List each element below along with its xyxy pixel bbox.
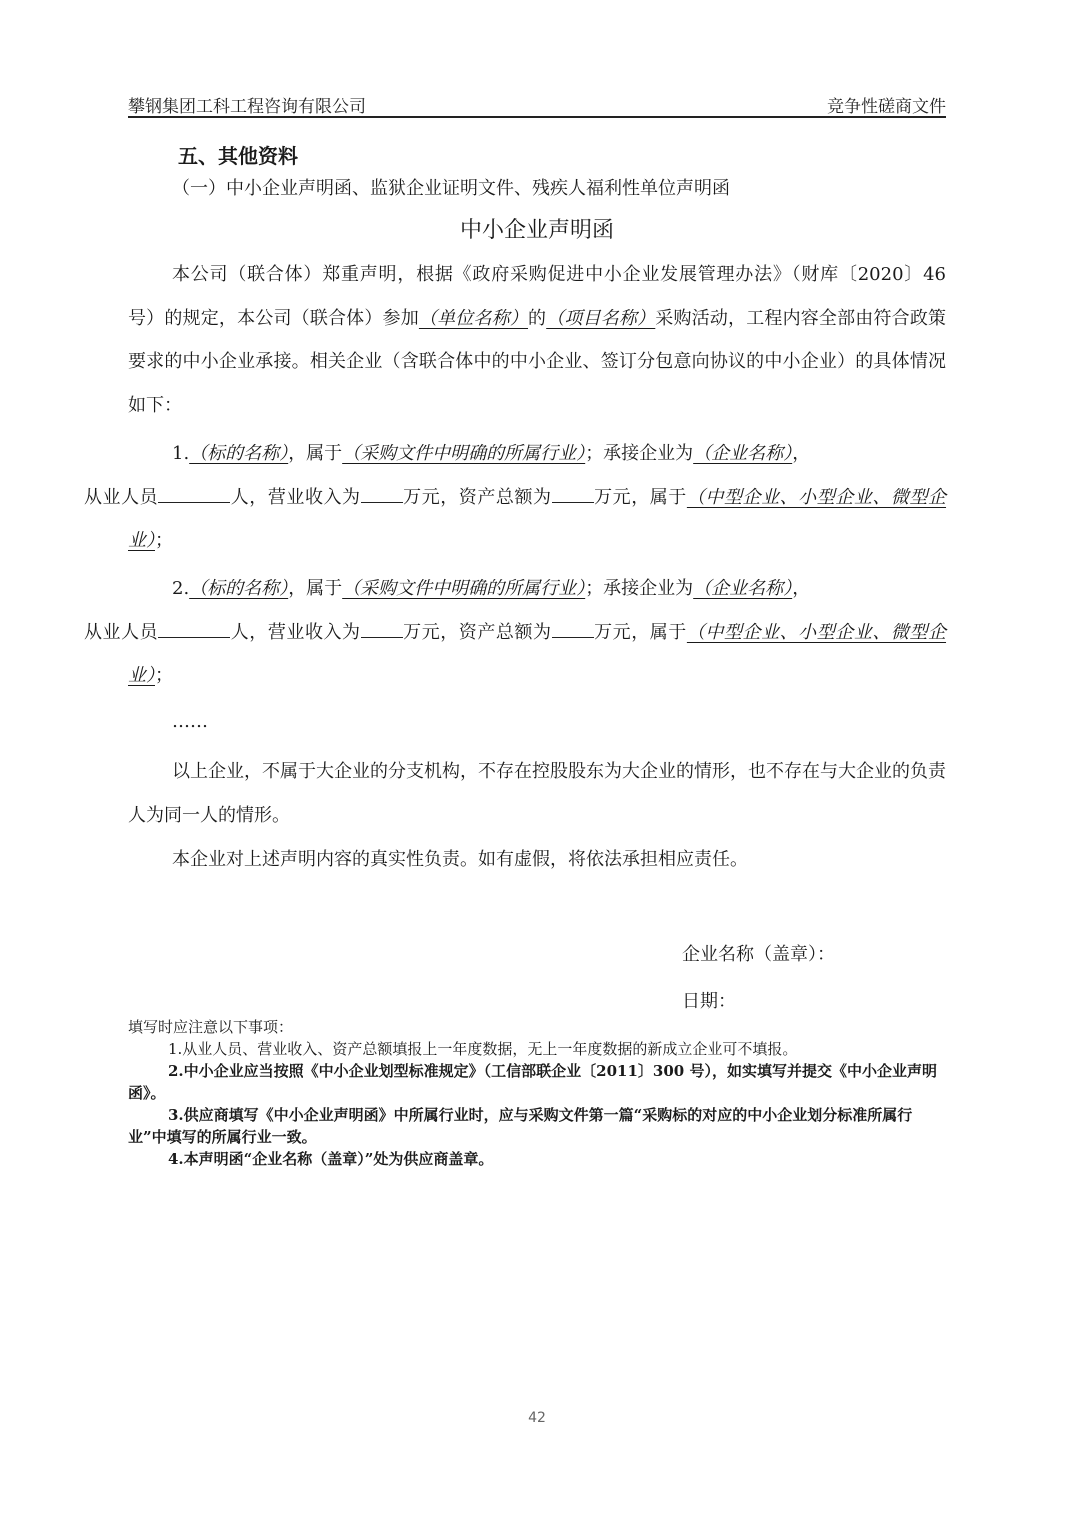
signature-company-label: 企业名称（盖章）： [682, 940, 835, 966]
item-number: 2. [172, 578, 189, 599]
project-name-field[interactable]: （项目名称） [546, 308, 655, 329]
label-revenue: 人，营业收入为 [230, 487, 360, 508]
statement-responsibility: 本企业对上述声明内容的真实性负责。如有虚假，将依法承担相应责任。 [128, 838, 946, 882]
unit-name-field[interactable]: （单位名称） [419, 308, 528, 329]
letter-title: 中小企业声明函 [0, 213, 1074, 244]
target-name-field[interactable]: （标的名称） [189, 443, 288, 464]
assets-field[interactable] [552, 619, 594, 638]
label-size: 万元，属于 [594, 622, 687, 643]
intro-of: 的 [528, 308, 546, 329]
signature-date-label: 日期： [682, 987, 736, 1013]
label-size: 万元，属于 [594, 487, 687, 508]
label-belongs: ，属于 [288, 578, 342, 599]
list-item-1: 1.（标的名称），属于（采购文件中明确的所属行业）；承接企业为（企业名称），从业… [128, 432, 946, 563]
industry-field[interactable]: （采购文件中明确的所属行业） [342, 443, 585, 464]
intro-paragraph: 本公司（联合体）郑重声明，根据《政府采购促进中小企业发展管理办法》（财库〔202… [128, 253, 946, 427]
label-revenue: 人，营业收入为 [230, 622, 360, 643]
notes-title: 填写时应注意以下事项： [128, 1016, 946, 1038]
note-item-1: 1.从业人员、营业收入、资产总额填报上一年度数据，无上一年度数据的新成立企业可不… [128, 1038, 946, 1060]
section-subheading: （一）中小企业声明函、监狱企业证明文件、残疾人福利性单位声明函 [172, 174, 730, 200]
page-number: 42 [0, 1410, 1074, 1426]
ellipsis: …… [128, 700, 946, 744]
label-belongs: ，属于 [288, 443, 342, 464]
label-contractor: ；承接企业为 [585, 443, 693, 464]
punct: ， [792, 578, 810, 599]
company-name-field[interactable]: （企业名称） [693, 443, 792, 464]
note-item-4: 4.本声明函“企业名称（盖章）”处为供应商盖章。 [128, 1148, 946, 1170]
header-company: 攀钢集团工科工程咨询有限公司 [128, 92, 366, 117]
item-number: 1. [172, 443, 189, 464]
revenue-field[interactable] [361, 619, 403, 638]
label-staff: 从业人员 [84, 487, 158, 508]
header-divider [128, 116, 946, 118]
notes-section: 填写时应注意以下事项： 1.从业人员、营业收入、资产总额填报上一年度数据，无上一… [128, 1016, 946, 1170]
assets-field[interactable] [552, 484, 594, 503]
staff-count-field[interactable] [158, 484, 230, 503]
label-staff: 从业人员 [84, 622, 158, 643]
list-item-2: 2.（标的名称），属于（采购文件中明确的所属行业）；承接企业为（企业名称），从业… [128, 567, 946, 698]
note-item-2: 2.中小企业应当按照《中小企业划型标准规定》（工信部联企业〔2011〕300 号… [128, 1060, 946, 1104]
note-item-3: 3.供应商填写《中小企业声明函》中所属行业时，应与采购文件第一篇“采购标的对应的… [128, 1104, 946, 1148]
label-assets: 万元，资产总额为 [403, 622, 552, 643]
header-doc-type: 竞争性磋商文件 [827, 92, 946, 117]
label-assets: 万元，资产总额为 [403, 487, 552, 508]
punct: ； [155, 530, 173, 551]
punct: ， [792, 443, 810, 464]
staff-count-field[interactable] [158, 619, 230, 638]
company-name-field[interactable]: （企业名称） [693, 578, 792, 599]
statement-no-large-enterprise: 以上企业，不属于大企业的分支机构，不存在控股股东为大企业的情形，也不存在与大企业… [128, 750, 946, 837]
revenue-field[interactable] [361, 484, 403, 503]
label-contractor: ；承接企业为 [585, 578, 693, 599]
punct: ； [155, 665, 173, 686]
industry-field[interactable]: （采购文件中明确的所属行业） [342, 578, 585, 599]
section-heading: 五、其他资料 [178, 140, 298, 169]
target-name-field[interactable]: （标的名称） [189, 578, 288, 599]
